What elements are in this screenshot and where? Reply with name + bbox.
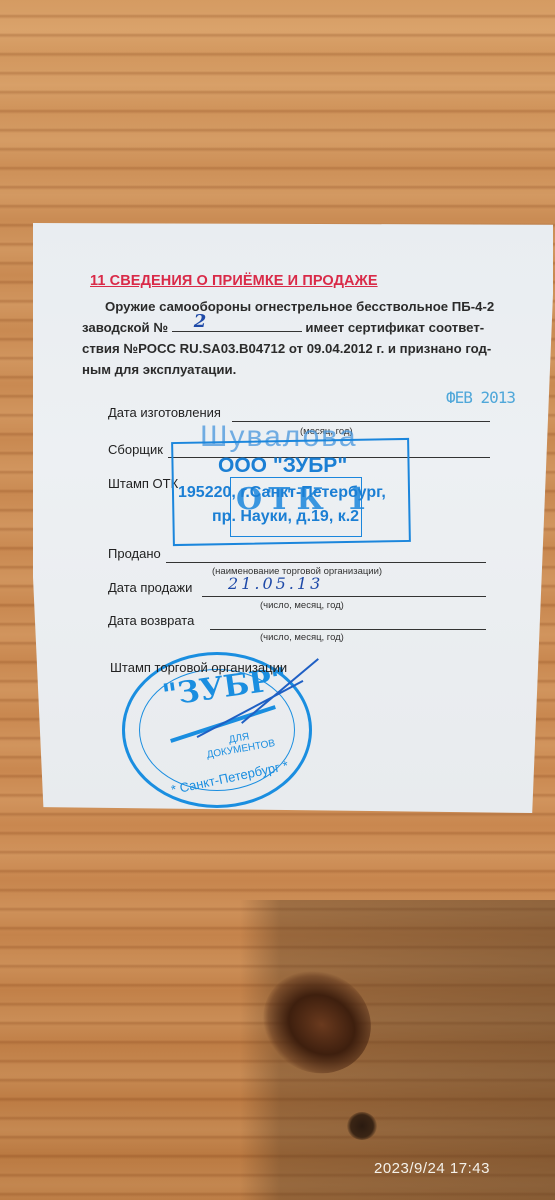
field-hint-sale-date: (число, месяц, год) xyxy=(260,600,344,611)
serial-label: заводской № xyxy=(82,320,168,335)
paragraph-line-2: заводской № 2 имеет сертификат соответ- xyxy=(82,317,512,338)
otk-stamp-company: ООО "ЗУБР" xyxy=(218,454,347,478)
otk-stamp-address-1: 195220, г.Санкт-Петербург, xyxy=(178,484,386,502)
paragraph-line-2-suffix: имеет сертификат соответ- xyxy=(305,320,484,335)
field-label-sale-date: Дата продажи xyxy=(108,580,192,595)
paragraph: Оружие самообороны огнестрельное бесство… xyxy=(82,296,512,380)
field-line-return-date xyxy=(210,629,486,630)
wood-knot-small xyxy=(347,1112,377,1140)
otk-stamp-address-2: пр. Науки, д.19, к.2 xyxy=(212,508,359,526)
field-label-trade-stamp: Штамп торговой организации xyxy=(110,660,287,675)
sale-date-handwritten: 21.05.13 xyxy=(228,574,323,593)
field-label-manufacture-date: Дата изготовления xyxy=(108,405,221,420)
field-label-assembler: Сборщик xyxy=(108,442,163,457)
photo-timestamp: 2023/9/24 17:43 xyxy=(374,1160,490,1177)
field-label-sold: Продано xyxy=(108,546,161,561)
field-line-sold xyxy=(166,562,486,563)
manufacture-date-stamp: ФЕВ 2013 xyxy=(446,388,515,407)
field-hint-return-date: (число, месяц, год) xyxy=(260,632,344,643)
field-label-return-date: Дата возврата xyxy=(108,613,194,628)
paragraph-line-1: Оружие самообороны огнестрельное бесство… xyxy=(82,296,512,317)
field-label-otk-stamp: Штамп ОТК xyxy=(108,476,178,491)
paragraph-line-4: ным для эксплуатации. xyxy=(82,359,512,380)
serial-handwritten: 2 xyxy=(194,311,207,332)
paragraph-line-3: ствия №РОСС RU.SA03.B04712 от 09.04.2012… xyxy=(82,338,512,359)
section-heading: 11 СВЕДЕНИЯ О ПРИЁМКЕ И ПРОДАЖЕ xyxy=(90,273,378,289)
field-line-sale-date xyxy=(202,596,486,597)
